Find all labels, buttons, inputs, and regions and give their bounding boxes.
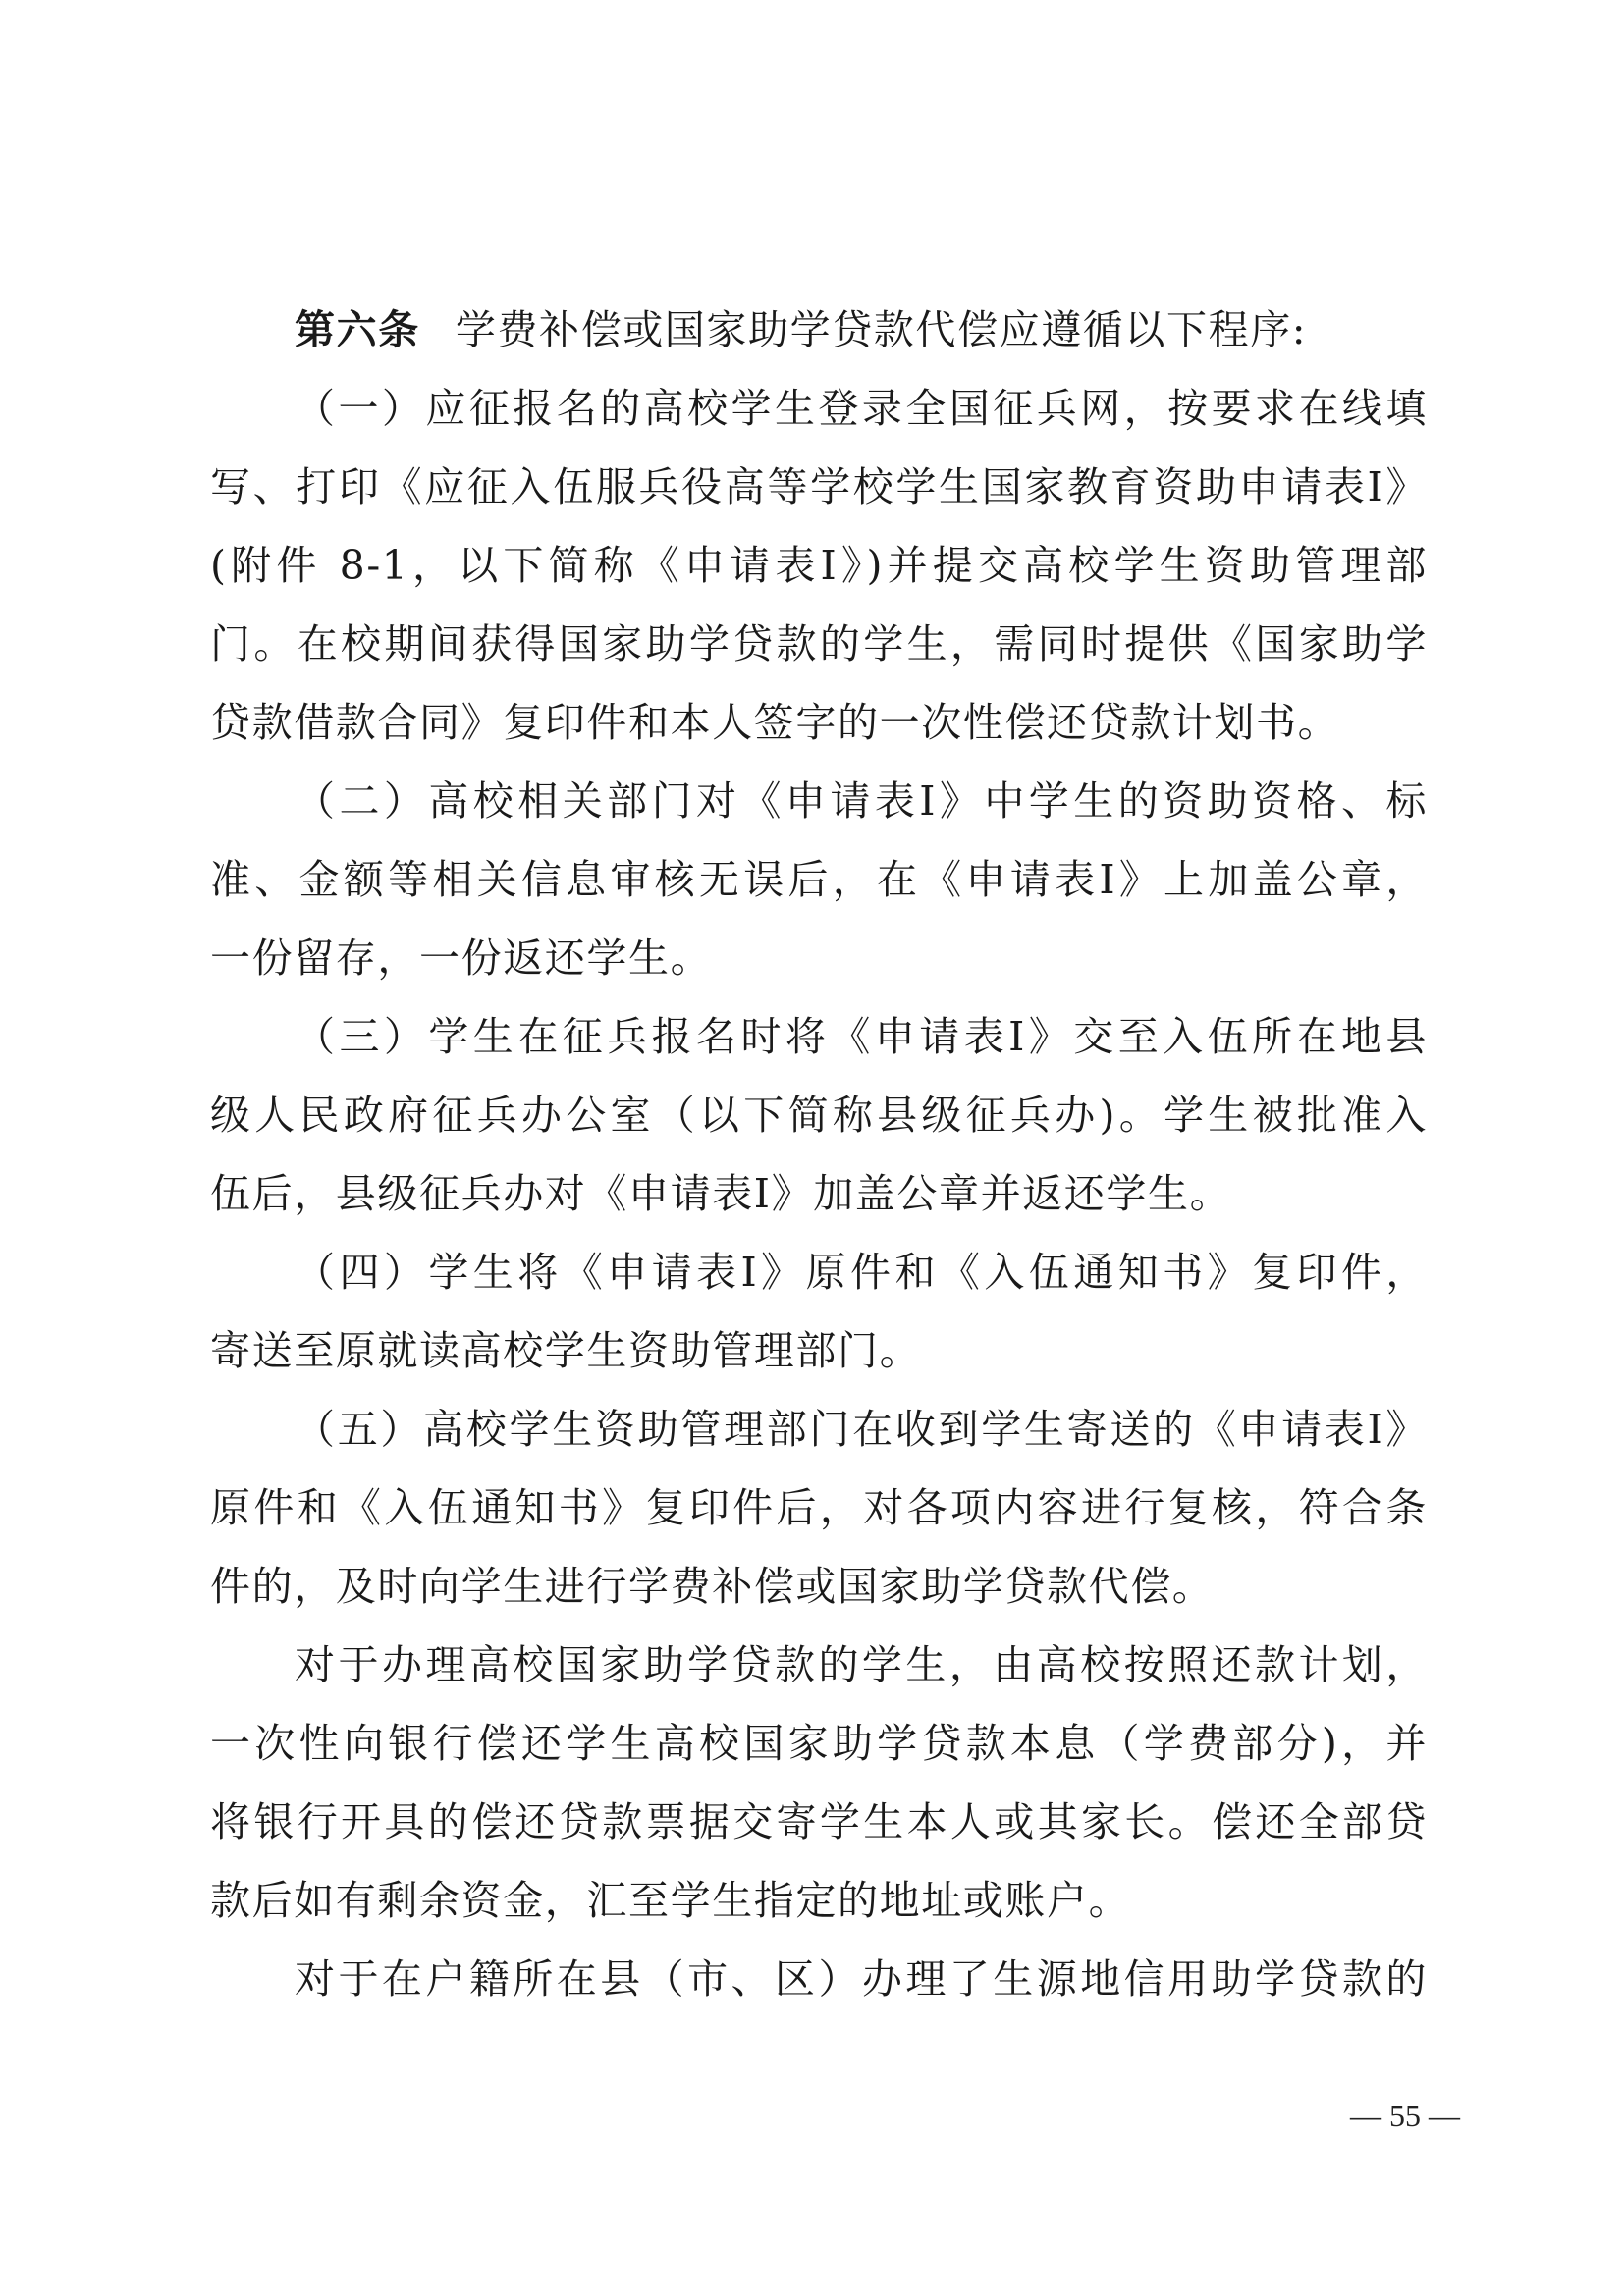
- paragraph-line: 件的，及时向学生进行学费补偿或国家助学贷款代偿。: [210, 1557, 1428, 1616]
- paragraph-line: 对于在户籍所在县（市、区）办理了生源地信用助学贷款的: [295, 1949, 1428, 2008]
- paragraph-line: （二）高校相关部门对《申请表Ⅰ》中学生的资助资格、标: [295, 772, 1428, 830]
- paragraph-line: 级人民政府征兵办公室（以下简称县级征兵办)。学生被批准入: [210, 1086, 1428, 1145]
- paragraph-line: 款后如有剩余资金，汇至学生指定的地址或账户。: [210, 1871, 1428, 1930]
- paragraph-line: （一）应征报名的高校学生登录全国征兵网，按要求在线填: [295, 379, 1428, 438]
- paragraph-line: 准、金额等相关信息审核无误后，在《申请表Ⅰ》上加盖公章，: [210, 850, 1428, 909]
- paragraph-line: （三）学生在征兵报名时将《申请表Ⅰ》交至入伍所在地县: [295, 1007, 1428, 1066]
- article-label: 第六条: [295, 306, 420, 353]
- paragraph-line: 将银行开具的偿还贷款票据交寄学生本人或其家长。偿还全部贷: [210, 1792, 1428, 1851]
- paragraph-line: 寄送至原就读高校学生资助管理部门。: [210, 1321, 1428, 1380]
- paragraph-line: 一次性向银行偿还学生高校国家助学贷款本息（学费部分)，并: [210, 1714, 1428, 1773]
- page-number: — 55 —: [1350, 2098, 1460, 2134]
- document-page: 第六条学费补偿或国家助学贷款代偿应遵循以下程序: （一）应征报名的高校学生登录全…: [0, 0, 1624, 2296]
- paragraph-line: 贷款借款合同》复印件和本人签字的一次性偿还贷款计划书。: [210, 693, 1428, 752]
- paragraph-line: 写、打印《应征入伍服兵役高等学校学生国家教育资助申请表Ⅰ》: [210, 457, 1428, 516]
- paragraph-line: 一份留存，一份返还学生。: [210, 929, 1428, 988]
- paragraph-line: 门。在校期间获得国家助学贷款的学生，需同时提供《国家助学: [210, 614, 1428, 673]
- paragraph-line: （五）高校学生资助管理部门在收到学生寄送的《申请表Ⅰ》: [295, 1400, 1428, 1459]
- paragraph-line: 伍后，县级征兵办对《申请表Ⅰ》加盖公章并返还学生。: [210, 1164, 1428, 1223]
- paragraph-line: 对于办理高校国家助学贷款的学生，由高校按照还款计划，: [295, 1635, 1428, 1694]
- paragraph-line: （四）学生将《申请表Ⅰ》原件和《入伍通知书》复印件，: [295, 1243, 1428, 1302]
- paragraph-line: (附件 8-1，以下简称《申请表Ⅰ》)并提交高校学生资助管理部: [210, 536, 1428, 595]
- paragraph-line: 原件和《入伍通知书》复印件后，对各项内容进行复核，符合条: [210, 1478, 1428, 1537]
- article-title: 学费补偿或国家助学贷款代偿应遵循以下程序:: [456, 306, 1307, 353]
- article-heading: 第六条学费补偿或国家助学贷款代偿应遵循以下程序:: [295, 300, 1428, 359]
